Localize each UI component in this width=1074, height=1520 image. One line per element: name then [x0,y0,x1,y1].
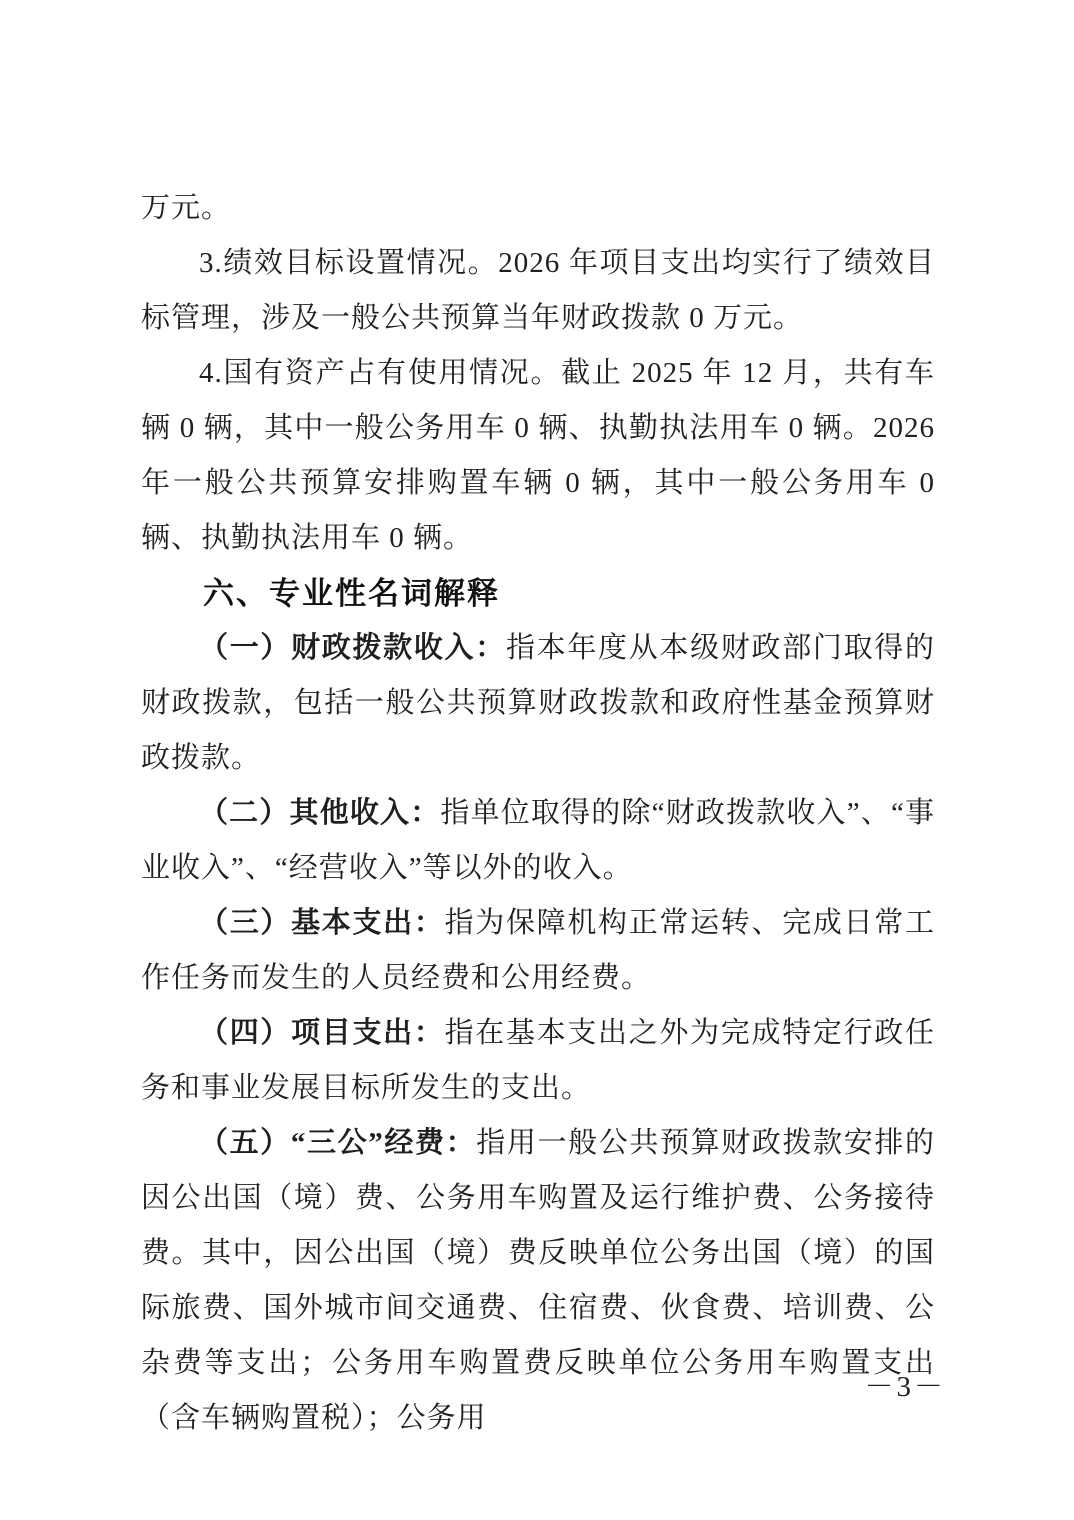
document-page: 万元。 3.绩效目标设置情况。2026 年项目支出均实行了绩效目标管理，涉及一般… [0,0,1074,1520]
definition-three-public-funds: （五）“三公”经费：指用一般公共预算财政拨款安排的因公出国（境）费、公务用车购置… [141,1116,935,1446]
definition-term: （四）项目支出： [199,1017,445,1049]
definition-term: （三）基本支出： [199,907,445,939]
definition-project-expenditure: （四）项目支出：指在基本支出之外为完成特定行政任务和事业发展目标所发生的支出。 [141,1006,935,1116]
definition-term: （五）“三公”经费： [199,1127,476,1159]
document-body: 万元。 3.绩效目标设置情况。2026 年项目支出均实行了绩效目标管理，涉及一般… [141,181,935,1446]
definition-term: （一）财政拨款收入： [199,632,506,664]
page-number: －3－ [864,1364,946,1405]
definition-other-income: （二）其他收入：指单位取得的除“财政拨款收入”、“事业收入”、“经营收入”等以外… [141,786,935,896]
definition-term: （二）其他收入： [199,797,440,829]
definition-fiscal-appropriation-income: （一）财政拨款收入：指本年度从本级财政部门取得的财政拨款，包括一般公共预算财政拨… [141,621,935,786]
section-heading: 六、专业性名词解释 [141,566,935,621]
definition-basic-expenditure: （三）基本支出：指为保障机构正常运转、完成日常工作任务而发生的人员经费和公用经费… [141,896,935,1006]
paragraph-item-3: 3.绩效目标设置情况。2026 年项目支出均实行了绩效目标管理，涉及一般公共预算… [141,236,935,346]
paragraph-continuation: 万元。 [141,181,935,236]
paragraph-item-4: 4.国有资产占有使用情况。截止 2025 年 12 月，共有车辆 0 辆，其中一… [141,346,935,566]
definition-desc: 指用一般公共预算财政拨款安排的因公出国（境）费、公务用车购置及运行维护费、公务接… [141,1127,935,1434]
